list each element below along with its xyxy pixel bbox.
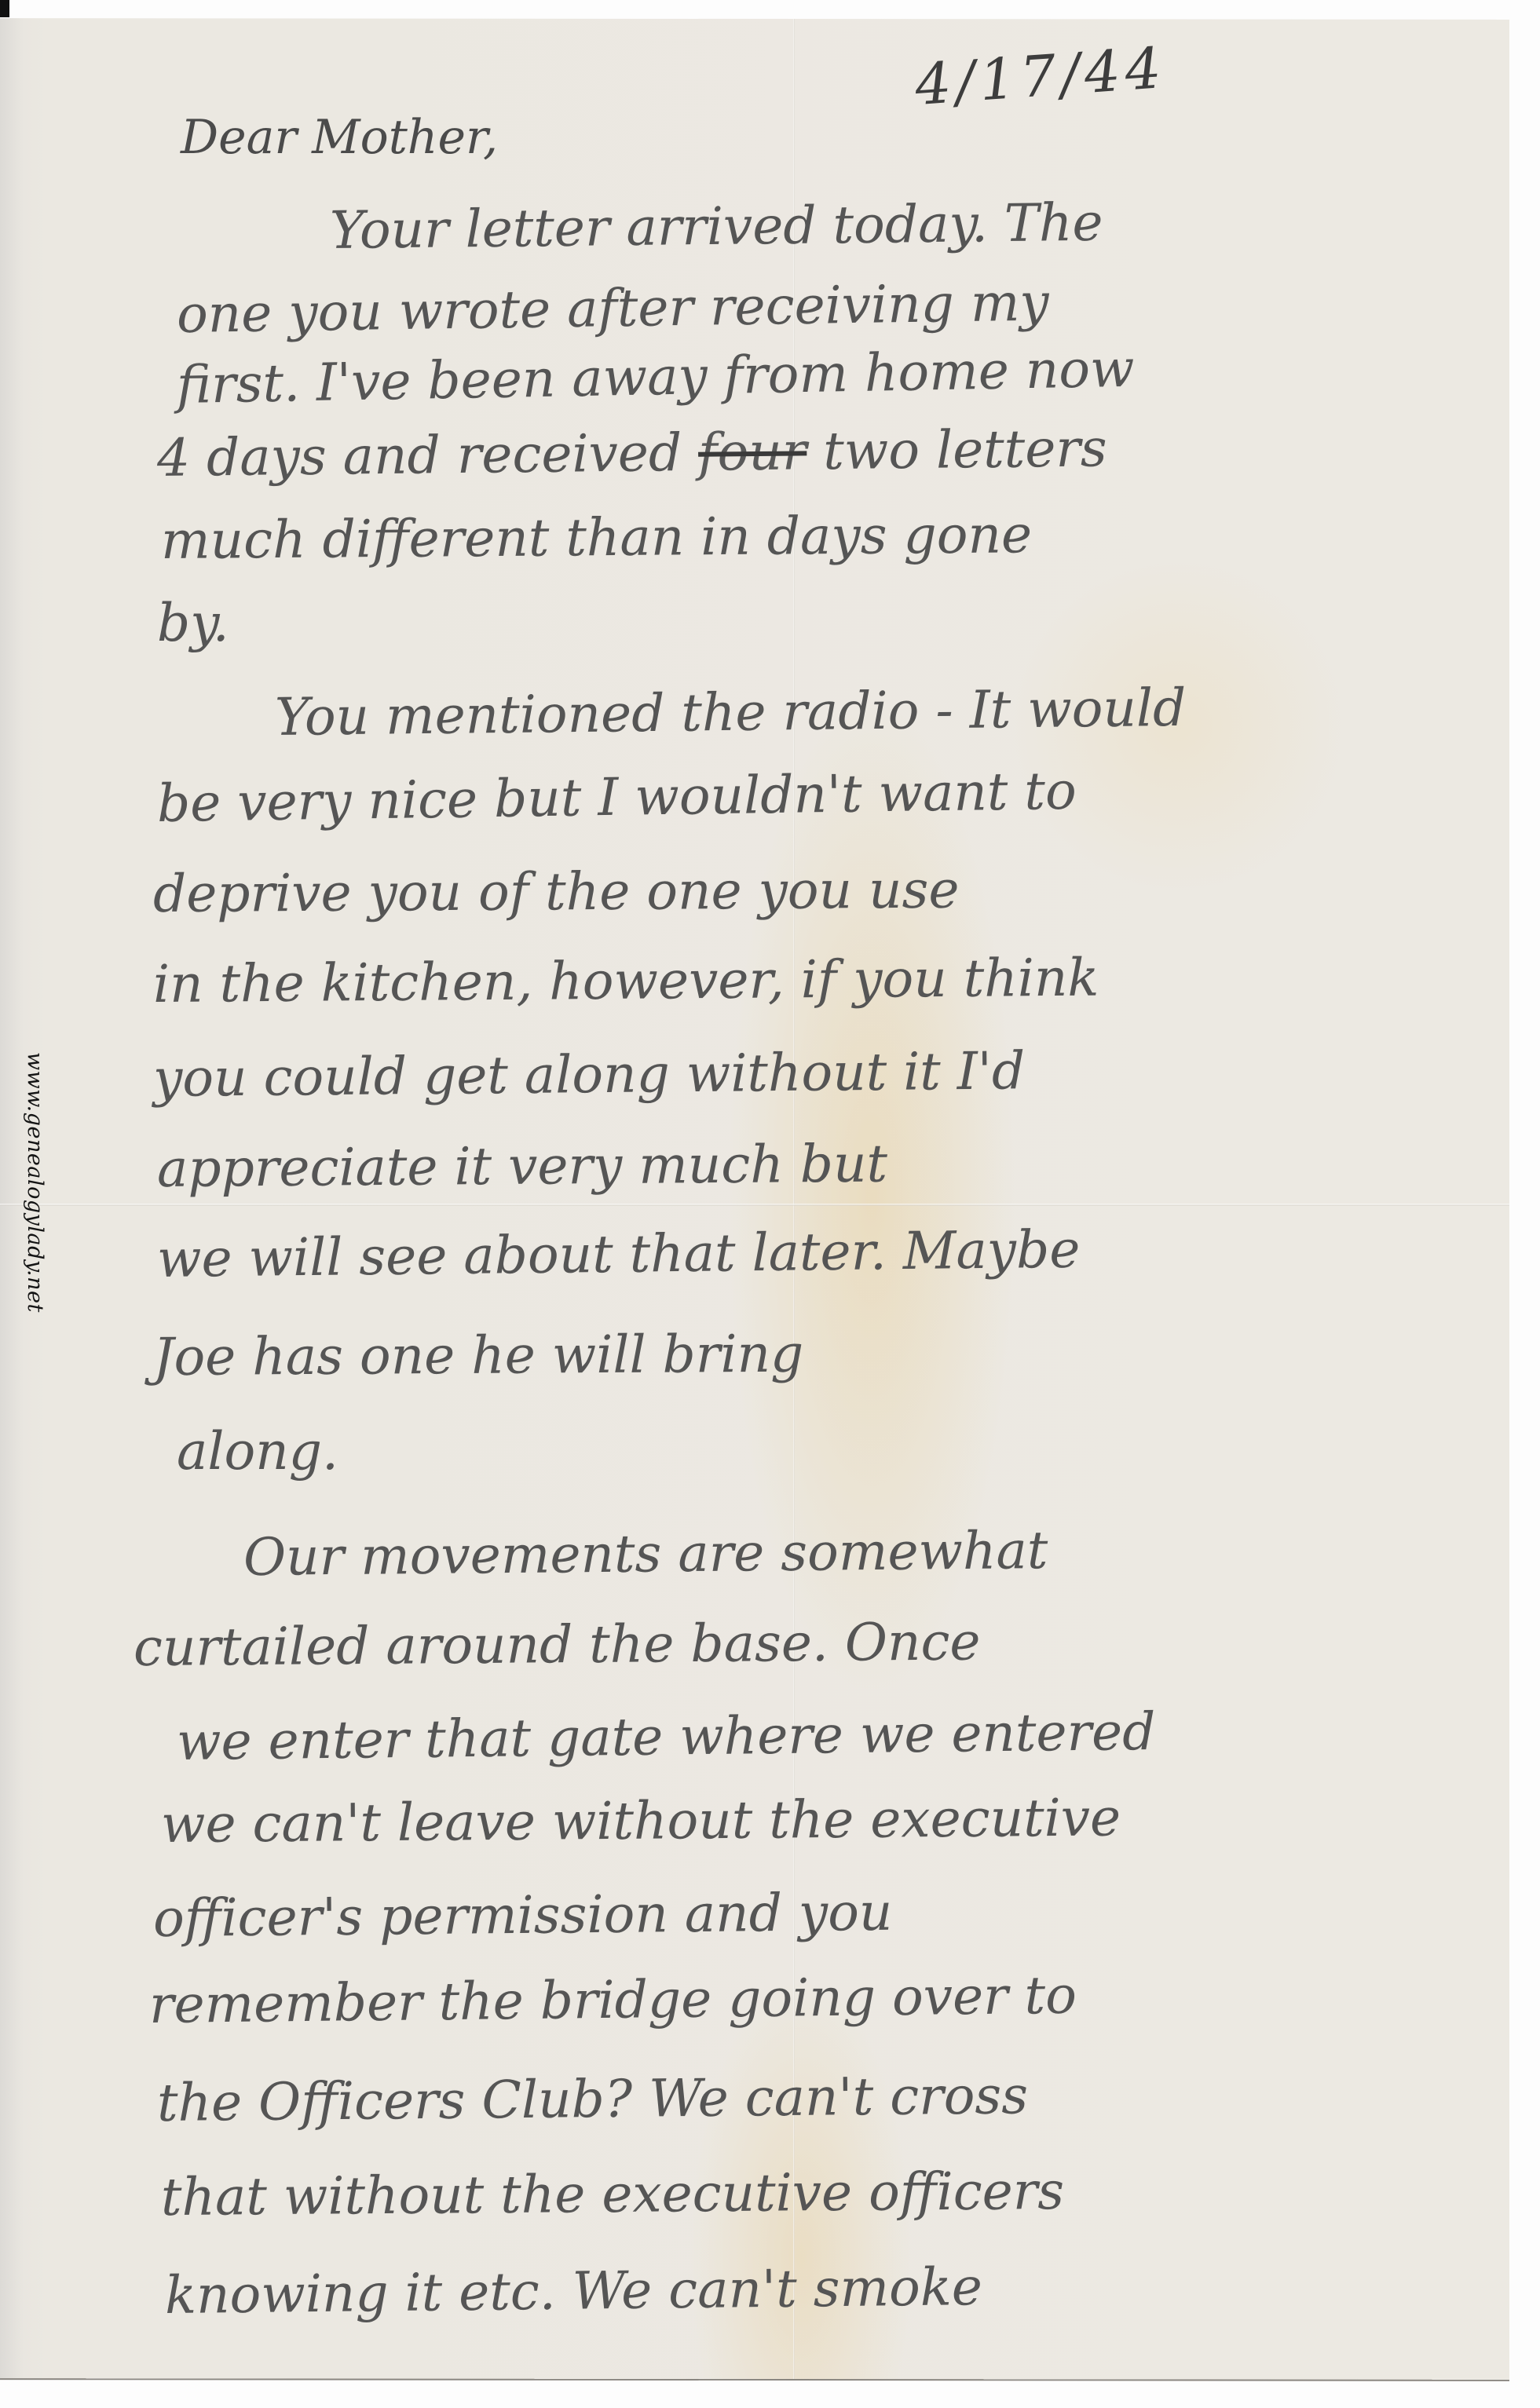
letter-line: along. bbox=[177, 1421, 338, 1482]
letter-line: Your letter arrived today. The bbox=[330, 192, 1103, 261]
letter-line: we can't leave without the executive bbox=[161, 1787, 1121, 1854]
letter-line: appreciate it very much but bbox=[157, 1134, 888, 1199]
struck-word: four bbox=[698, 421, 807, 482]
letter-line: knowing it etc. We can't smoke bbox=[165, 2256, 983, 2326]
letter-line: much different than in days gone bbox=[161, 504, 1033, 571]
letter-line: that without the executive officers bbox=[161, 2161, 1065, 2227]
letter-line: the Officers Club? We can't cross bbox=[157, 2065, 1029, 2133]
line-text-after: two letters bbox=[823, 418, 1107, 481]
letter-line: you could get along without it I'd bbox=[153, 1040, 1026, 1109]
letter-line: one you wrote after receiving my bbox=[176, 272, 1049, 345]
salutation: Dear Mother, bbox=[181, 110, 498, 165]
horizontal-fold-crease bbox=[0, 1204, 1509, 1206]
letter-line: we will see about that later. Maybe bbox=[157, 1219, 1081, 1289]
letter-line: we enter that gate where we entered bbox=[177, 1701, 1156, 1772]
letter-line: Our movements are somewhat bbox=[243, 1520, 1048, 1588]
line-text-before: 4 days and received bbox=[157, 422, 682, 488]
letter-line: by. bbox=[157, 593, 229, 653]
watermark: www.genealogylady.net bbox=[16, 1052, 47, 1382]
letter-line: remember the bridge going over to bbox=[149, 1965, 1077, 2035]
scan-corner-mark bbox=[0, 0, 9, 17]
letter-line-with-correction: 4 days and received four two letters bbox=[157, 418, 1107, 488]
letter-line: Joe has one he will bring bbox=[153, 1324, 804, 1387]
watermark-text: www.genealogylady.net bbox=[23, 1052, 47, 1313]
letter-line: be very nice but I wouldn't want to bbox=[156, 761, 1077, 834]
letter-line: curtailed around the base. Once bbox=[134, 1611, 981, 1678]
letter-line: deprive you of the one you use bbox=[153, 860, 960, 924]
letter-line: officer's permission and you bbox=[153, 1882, 893, 1949]
letter-line: You mentioned the radio - It would bbox=[275, 678, 1187, 747]
letter-line: in the kitchen, however, if you think bbox=[153, 948, 1099, 1014]
